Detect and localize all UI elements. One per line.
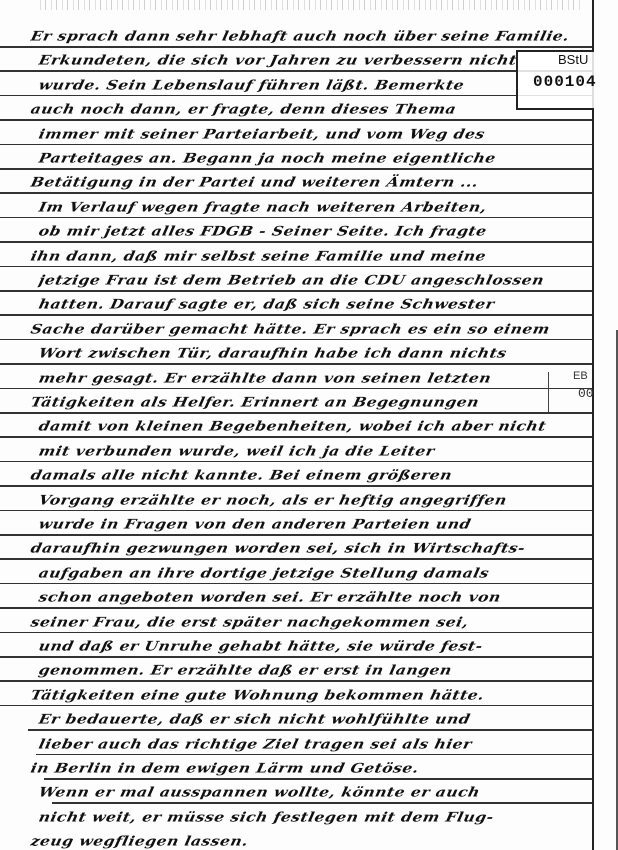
handwritten-line: Sache darüber gemacht hätte. Er sprach e… xyxy=(28,321,588,343)
document-page: Er sprach dann sehr lebhaft auch noch üb… xyxy=(0,0,618,850)
handwritten-line: Er bedauerte, daß er sich nicht wohlfühl… xyxy=(36,711,596,733)
archive-stamp-label: BStU xyxy=(558,52,588,67)
secondary-stamp-label: EB xyxy=(573,370,588,382)
handwritten-line: lieber auch das richtige Ziel tragen sei… xyxy=(36,735,596,757)
archive-stamp-number: 000104 xyxy=(533,73,597,91)
handwritten-line: Vorgang erzählte er noch, als er heftig … xyxy=(36,491,596,513)
handwritten-line: Tätigkeiten eine gute Wohnung bekommen h… xyxy=(28,687,588,709)
handwritten-line: wurde in Fragen von den anderen Parteien… xyxy=(36,516,596,538)
handwritten-line: seiner Frau, die erst später nachgekomme… xyxy=(28,613,588,635)
handwritten-line: hatten. Darauf sagte er, daß sich seine … xyxy=(36,296,596,318)
handwritten-line: jetzige Frau ist dem Betrieb an die CDU … xyxy=(36,272,596,294)
handwritten-line: Parteitages an. Begann ja noch meine eig… xyxy=(36,150,596,172)
handwritten-line: nicht weit, er müsse sich festlegen mit … xyxy=(36,809,596,831)
handwritten-line: mehr gesagt. Er erzählte dann von seinen… xyxy=(36,369,596,391)
handwritten-line: auch noch dann, er fragte, denn dieses T… xyxy=(28,101,588,123)
secondary-stamp-number: 00 xyxy=(578,386,594,401)
handwritten-line: schon angeboten worden sei. Er erzählte … xyxy=(36,589,596,611)
handwritten-line: daraufhin gezwungen worden sei, sich in … xyxy=(28,540,588,562)
handwritten-line: Erkundeten, die sich vor Jahren zu verbe… xyxy=(36,52,596,74)
handwritten-line: ob mir jetzt alles FDGB - Seiner Seite. … xyxy=(36,223,596,245)
handwritten-line: ihn dann, daß mir selbst seine Familie u… xyxy=(28,247,588,269)
handwritten-line: immer mit seiner Parteiarbeit, und vom W… xyxy=(36,125,596,147)
handwritten-line: Wort zwischen Tür, daraufhin habe ich da… xyxy=(36,345,596,367)
handwritten-line: Tätigkeiten als Helfer. Erinnert an Bege… xyxy=(28,394,588,416)
handwritten-line: Wenn er mal ausspannen wollte, könnte er… xyxy=(36,784,596,806)
handwritten-line: genommen. Er erzählte daß er erst in lan… xyxy=(36,662,596,684)
handwritten-line: Im Verlauf wegen fragte nach weiteren Ar… xyxy=(36,199,596,221)
handwritten-line: zeug wegfliegen lassen. xyxy=(28,833,588,850)
scan-noise xyxy=(40,0,580,10)
handwritten-line: Er sprach dann sehr lebhaft auch noch üb… xyxy=(28,28,588,50)
handwritten-line: aufgaben an ihre dortige jetzige Stellun… xyxy=(36,565,596,587)
handwritten-line: damit von kleinen Begebenheiten, wobei i… xyxy=(36,418,596,440)
handwritten-line: und daß er Unruhe gehabt hätte, sie würd… xyxy=(36,638,596,660)
secondary-stamp-edge xyxy=(548,372,549,412)
handwritten-line: in Berlin in dem ewigen Lärm und Getöse. xyxy=(28,760,588,782)
handwritten-line: mit verbunden wurde, weil ich ja die Lei… xyxy=(36,443,596,465)
handwritten-line: Betätigung in der Partei und weiteren Äm… xyxy=(28,174,588,196)
handwritten-line: damals alle nicht kannte. Bei einem größ… xyxy=(28,467,588,489)
handwritten-line: wurde. Sein Lebenslauf führen läßt. Beme… xyxy=(36,77,596,99)
